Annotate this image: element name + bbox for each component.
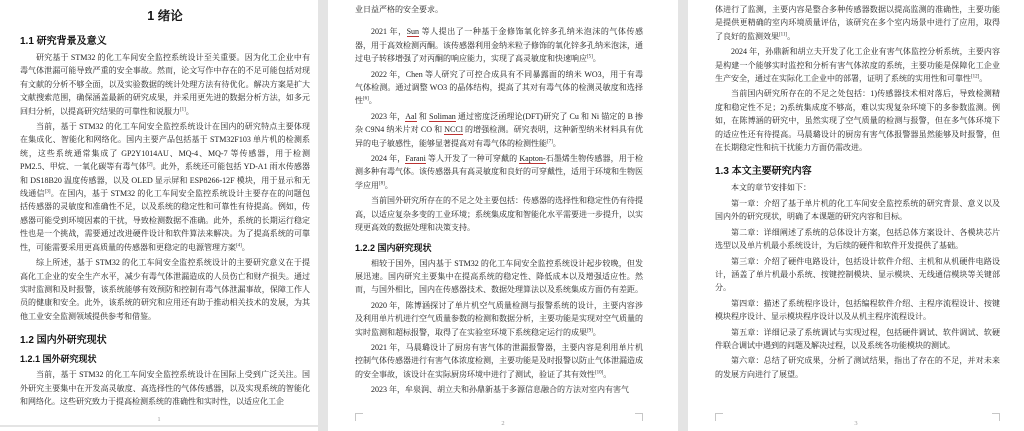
paragraph: 2024 年，孙鼎新和胡立夫开发了化工企业有害气体监控分析系统，主要内容是构建一… (715, 45, 1000, 85)
paragraph: 当前，基于 STM32 的化工车间安全监控系统设计在国际上受到广泛关注。国外研究… (20, 368, 310, 408)
page-gutter (678, 0, 688, 431)
chapter-title: 1 绪论 (20, 6, 310, 24)
paragraph: 本文的章节安排如下： (715, 181, 1000, 194)
paragraph: 相较于国外，国内基于 STM32 的化工车间安全监控系统设计起步较晚，但发展迅速… (355, 257, 643, 297)
page-3: 体进行了监测，主要内容是整合多种传感器数据以提高监测的准确性，主要功能是提供更精… (688, 0, 1024, 431)
paragraph: 研究基于 STM32 的化工车间安全监控系统设计至关重要。因为化工企业中有毒气体… (20, 51, 310, 118)
paragraph: 2021 年，马晨璐设计了厨房有害气体的泄漏报警器，主要内容是利用单片机控制气体… (355, 341, 643, 381)
paragraph: 当前，基于 STM32 的化工车间安全监控系统设计在国内的研究特点主要体现在集成… (20, 120, 310, 254)
page-gutter (318, 0, 328, 431)
section-heading-1-2-2: 1.2.2 国内研究现状 (355, 241, 643, 254)
page-number: 3 (688, 420, 1024, 427)
section-heading-1-2-1: 1.2.1 国外研究现状 (20, 352, 310, 365)
paragraph: 2023 年，牟泉润、胡立夫和孙鼎新基于多源信息融合的方法对室内有害气 (355, 383, 643, 396)
paragraph: 当前国内研究所存在的不足之处包括：1)传感器技术相对落后，导致检测精度和稳定性不… (715, 87, 1000, 154)
paragraph: 体进行了监测，主要内容是整合多种传感器数据以提高监测的准确性，主要功能是提供更精… (715, 3, 1000, 43)
paragraph: 第二章：详细阐述了系统的总体设计方案，包括总体方案设计、各模块芯片选型以及单片机… (715, 226, 1000, 253)
paragraph: 第六章：总结了研究成果，分析了测试结果，指出了存在的不足，并对未来的发展方向进行… (715, 354, 1000, 381)
page-number: 1 (0, 416, 318, 423)
page-number: 2 (328, 420, 678, 427)
paragraph: 第一章：介绍了基于单片机的化工车间安全监控系统的研究背景、意义以及国内外的研究现… (715, 197, 1000, 224)
section-heading-1-2: 1.2 国内外研究现状 (20, 331, 310, 346)
paragraph: 第四章：描述了系统程序设计，包括编程软件介绍、主程序流程设计、按键模块程序设计、… (715, 297, 1000, 324)
page-1: 1 绪论 1.1 研究背景及意义 研究基于 STM32 的化工车间安全监控系统设… (0, 0, 318, 425)
section-heading-1-1: 1.1 研究背景及意义 (20, 32, 310, 47)
next-page-edge (0, 427, 318, 431)
paragraph: 第五章：详细记录了系统调试与实现过程，包括硬件调试、软件调试、软硬件联合调试中遇… (715, 326, 1000, 353)
paragraph: 第三章：介绍了硬件电路设计，包括设计软件介绍、主机和从机硬件电路设计，涵盖了单片… (715, 255, 1000, 295)
paragraph: 业日益严格的安全要求。 (355, 3, 643, 16)
paragraph: 2022 年，Chen 等人研究了可控合成具有不同暴露面的纳米 WO3，用于有毒… (355, 68, 643, 108)
paragraph: 综上所述，基于 STM32 的化工车间安全监控系统设计的主要研究意义在于提高化工… (20, 256, 310, 323)
section-heading-1-3: 1.3 本文主要研究内容 (715, 162, 1000, 177)
paragraph: 2021 年，Sun 等人提出了一种基于金修饰氧化锌多孔纳米泡沫的气体传感器，用… (355, 25, 643, 65)
document-viewer: 1 绪论 1.1 研究背景及意义 研究基于 STM32 的化工车间安全监控系统设… (0, 0, 1024, 431)
page-2: 业日益严格的安全要求。 2021 年，Sun 等人提出了一种基于金修饰氧化锌多孔… (328, 0, 678, 431)
paragraph: 2024 年，Farani 等人开发了一种可穿戴的 Kapton-石墨烯生物传感… (355, 152, 643, 192)
paragraph: 当前国外研究所存在的不足之处主要包括：传感器的选择性和稳定性仍有待提高，以适应复… (355, 194, 643, 234)
paragraph: 2023 年，Aal 和 Soliman 通过密度泛函理论(DFT)研究了 Cu… (355, 110, 643, 150)
paragraph: 2020 年，陈博涵探讨了单片机空气质量检测与报警系统的设计，主要内容涉及利用单… (355, 299, 643, 339)
